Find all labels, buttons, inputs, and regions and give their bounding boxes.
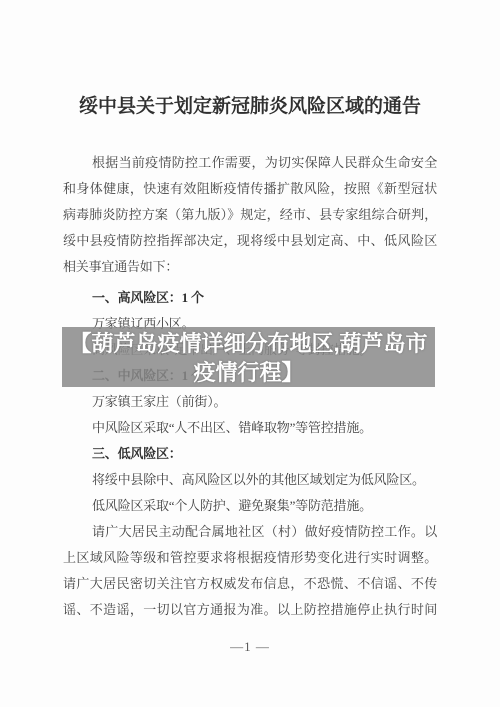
document-line: 病毒肺炎防控方案（第九版）》规定，经市、县专家组综合研判， [63, 202, 437, 228]
document-line: 绥中县疫情防控指挥部决定，现将绥中县划定高、中、低风险区 [63, 228, 437, 254]
document-line: 低风险区采取“个人防护、避免聚集”等防范措施。 [63, 493, 437, 519]
watermark-line-1: 【葫芦岛疫情详细分布地区,葫芦岛市 [62, 329, 435, 358]
document-line: 相关事宜通告如下： [63, 254, 437, 280]
document-line: 谣、不造谣，一切以官方通报为准。以上防控措施停止执行时间 [63, 597, 437, 623]
document-line: 将绥中县除中、高风险区以外的其他区域划定为低风险区。 [63, 467, 437, 493]
heading-high-risk-area: 一、高风险区：1 个 [63, 285, 437, 311]
document-line: 中风险区采取“人不出区、错峰取物”等管控措施。 [63, 415, 437, 441]
document-line: 上区域风险等级和管控要求将根据疫情形势变化进行实时调整。 [63, 545, 437, 571]
document-line: 请广大居民密切关注官方权威发布信息，不恐慌、不信谣、不传 [63, 571, 437, 597]
watermark-line-2: 疫情行程】 [62, 358, 435, 387]
heading-low-risk-area: 三、低风险区： [63, 441, 437, 467]
page-number: —1 — [0, 639, 500, 655]
document-line: 和身体健康，快速有效阻断疫情传播扩散风险，按照《新型冠状 [63, 176, 437, 202]
document-line: 请广大居民主动配合属地社区（村）做好疫情防控工作。以 [63, 519, 437, 545]
notice-page: 绥中县关于划定新冠肺炎风险区域的通告 根据当前疫情防控工作需要，为切实保障人民群… [0, 0, 500, 707]
document-line: 万家镇王家庄（前街）。 [63, 389, 437, 415]
document-line: 根据当前疫情防控工作需要，为切实保障人民群众生命安全 [63, 150, 437, 176]
notice-title: 绥中县关于划定新冠肺炎风险区域的通告 [0, 92, 500, 122]
watermark-overlay: 【葫芦岛疫情详细分布地区,葫芦岛市 疫情行程】 [62, 327, 435, 387]
